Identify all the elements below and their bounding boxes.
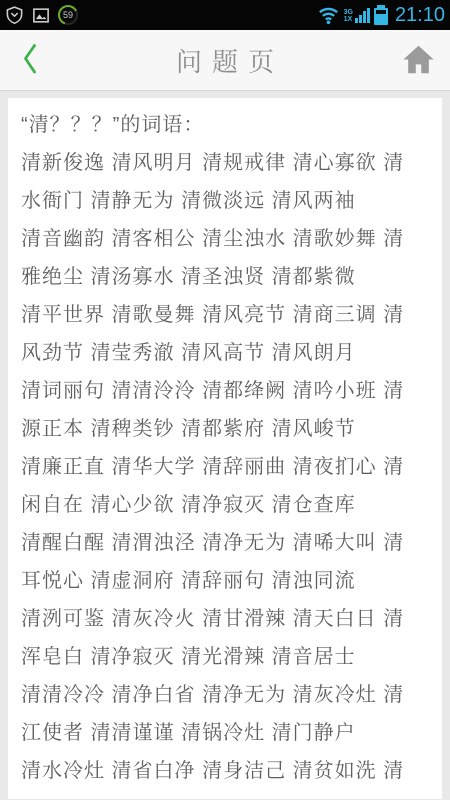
memory-percent-value: 59 — [60, 7, 76, 23]
text-line: 清洌可鉴 清灰冷火 清甘滑辣 清天白日 清 — [21, 600, 438, 638]
text-line: 清醒白醒 清渭浊泾 清净无为 清唏大叫 清 — [21, 524, 438, 562]
text-line: 耳悦心 清虚洞府 清辞丽句 清浊同流 — [21, 562, 438, 600]
gallery-icon — [31, 6, 51, 25]
battery-icon — [374, 5, 388, 25]
text-line: 清平世界 清歌曼舞 清风亮节 清商三调 清 — [21, 296, 438, 334]
wifi-icon — [317, 5, 340, 25]
memory-percent-ring-icon: 59 — [58, 5, 78, 25]
network-1x-label: 1X — [344, 16, 353, 23]
text-line: 源正本 清稗类钞 清都紫府 清风峻节 — [21, 410, 438, 448]
text-line: 水衙门 清静无为 清微淡远 清风两袖 — [21, 182, 438, 220]
text-line: 清廉正直 清华大学 清辞丽曲 清夜扪心 清 — [21, 448, 438, 486]
home-button[interactable] — [394, 30, 442, 91]
text-line: 清音幽韵 清客相公 清尘浊水 清歌妙舞 清 — [21, 220, 438, 258]
text-line: 清水冷灶 清省白净 清身洁己 清贫如洗 清 — [21, 752, 438, 790]
back-button[interactable] — [8, 30, 52, 91]
signal-bars-icon — [355, 8, 370, 23]
cellular-signal-icon: 3G 1X — [344, 8, 370, 23]
text-panel: “清？？？”的词语： 清新俊逸 清风明月 清规戒律 清心寡欲 清 水衙门 清静无… — [8, 98, 442, 799]
page-title: 问题页 — [166, 42, 284, 79]
text-line: 雅绝尘 清汤寡水 清圣浊贤 清都紫微 — [21, 258, 438, 296]
shield-icon — [5, 5, 24, 25]
text-line: 闲自在 清心少欲 清净寂灭 清仓查库 — [21, 486, 438, 524]
text-line: 清词丽句 清清泠泠 清都绛阙 清吟小班 清 — [21, 372, 438, 410]
screen: 59 3G 1X — [0, 0, 450, 799]
text-line: 江使者 清清谨谨 清锅冷灶 清门静户 — [21, 714, 438, 752]
heading-line: “清？？？”的词语： — [21, 106, 438, 144]
home-icon — [402, 44, 435, 78]
content-area: “清？？？”的词语： 清新俊逸 清风明月 清规戒律 清心寡欲 清 水衙门 清静无… — [0, 91, 450, 799]
network-3g-label: 3G — [344, 9, 353, 16]
network-type-label: 3G 1X — [344, 9, 353, 23]
status-bar: 59 3G 1X — [0, 0, 450, 30]
text-line: 清清冷冷 清净白省 清净无为 清灰冷灶 清 — [21, 676, 438, 714]
status-time: 21:10 — [395, 5, 445, 25]
header: 问题页 — [0, 30, 450, 91]
chevron-left-icon — [18, 42, 42, 79]
status-bar-left: 59 — [5, 5, 78, 25]
status-bar-right: 3G 1X 21:10 — [317, 5, 445, 25]
text-line: 浑皂白 清净寂灭 清光滑辣 清音居士 — [21, 638, 438, 676]
text-line: 清新俊逸 清风明月 清规戒律 清心寡欲 清 — [21, 144, 438, 182]
text-line: 风劲节 清莹秀澈 清风高节 清风朗月 — [21, 334, 438, 372]
